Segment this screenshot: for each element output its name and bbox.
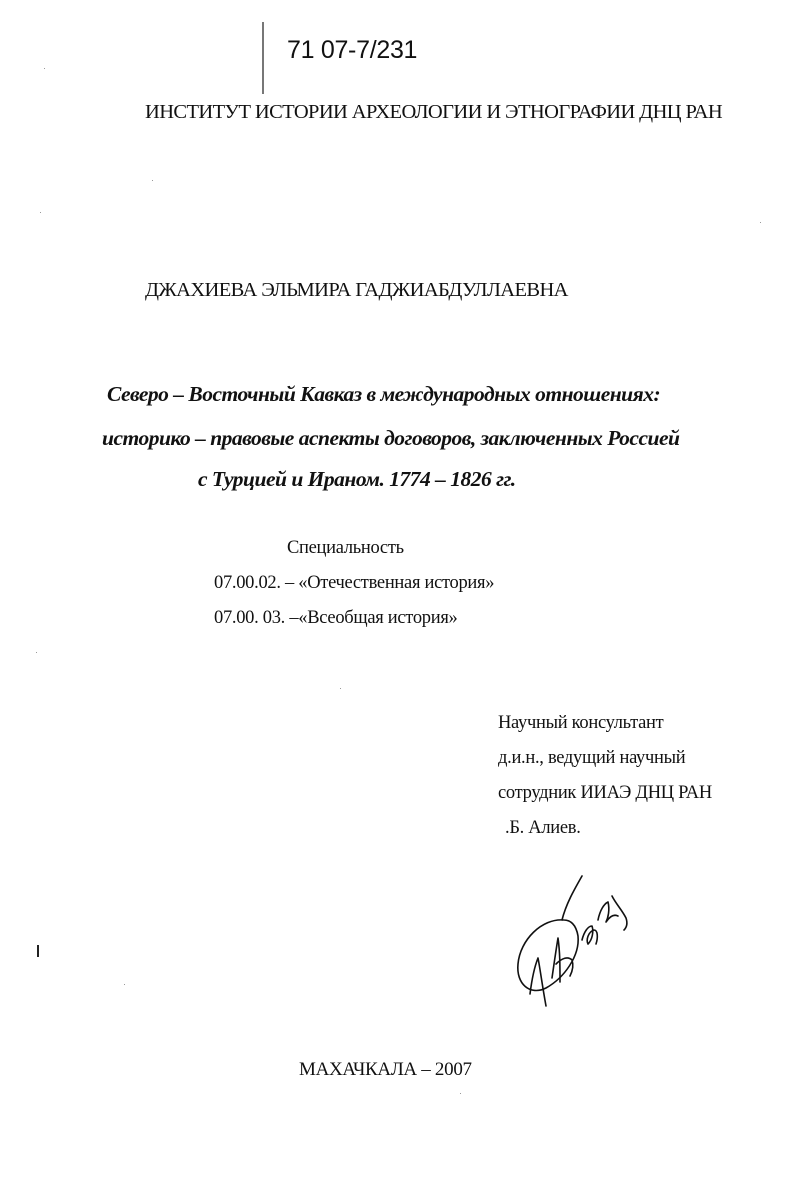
scan-speck bbox=[40, 212, 41, 213]
scan-speck bbox=[152, 180, 153, 181]
consultant-line: д.и.н., ведущий научный bbox=[498, 748, 685, 769]
scan-speck bbox=[36, 652, 37, 653]
consultant-line: сотрудник ИИАЭ ДНЦ РАН bbox=[498, 783, 712, 804]
scan-speck bbox=[760, 222, 761, 223]
thesis-title-line-1: Северо – Восточный Кавказ в международны… bbox=[107, 382, 660, 407]
specialty-item: 07.00.02. – «Отечественная история» bbox=[214, 573, 494, 594]
author-name: ДЖАХИЕВА ЭЛЬМИРА ГАДЖИАБДУЛЛАЕВНА bbox=[145, 279, 568, 302]
signature-icon bbox=[490, 860, 650, 1020]
scan-speck bbox=[340, 688, 341, 689]
scan-speck bbox=[124, 984, 125, 985]
thesis-title-line-3: с Турцией и Ираном. 1774 – 1826 гг. bbox=[198, 467, 516, 492]
city-year: МАХАЧКАЛА – 2007 bbox=[299, 1059, 472, 1081]
institute-name: ИНСТИТУТ ИСТОРИИ АРХЕОЛОГИИ И ЭТНОГРАФИИ… bbox=[145, 101, 722, 124]
consultant-line: Научный консультант bbox=[498, 713, 663, 734]
scan-speck bbox=[460, 1093, 461, 1094]
stamp-vertical-line bbox=[262, 22, 264, 94]
consultant-name: .Б. Алиев. bbox=[505, 818, 581, 839]
specialty-item: 07.00. 03. –«Всеобщая история» bbox=[214, 608, 457, 629]
scan-margin-mark bbox=[37, 945, 39, 957]
archive-stamp-number: 71 07-7/231 bbox=[287, 36, 417, 65]
scan-speck bbox=[44, 68, 45, 69]
thesis-title-line-2: историко – правовые аспекты договоров, з… bbox=[102, 426, 679, 451]
specialty-label: Специальность bbox=[287, 538, 404, 559]
